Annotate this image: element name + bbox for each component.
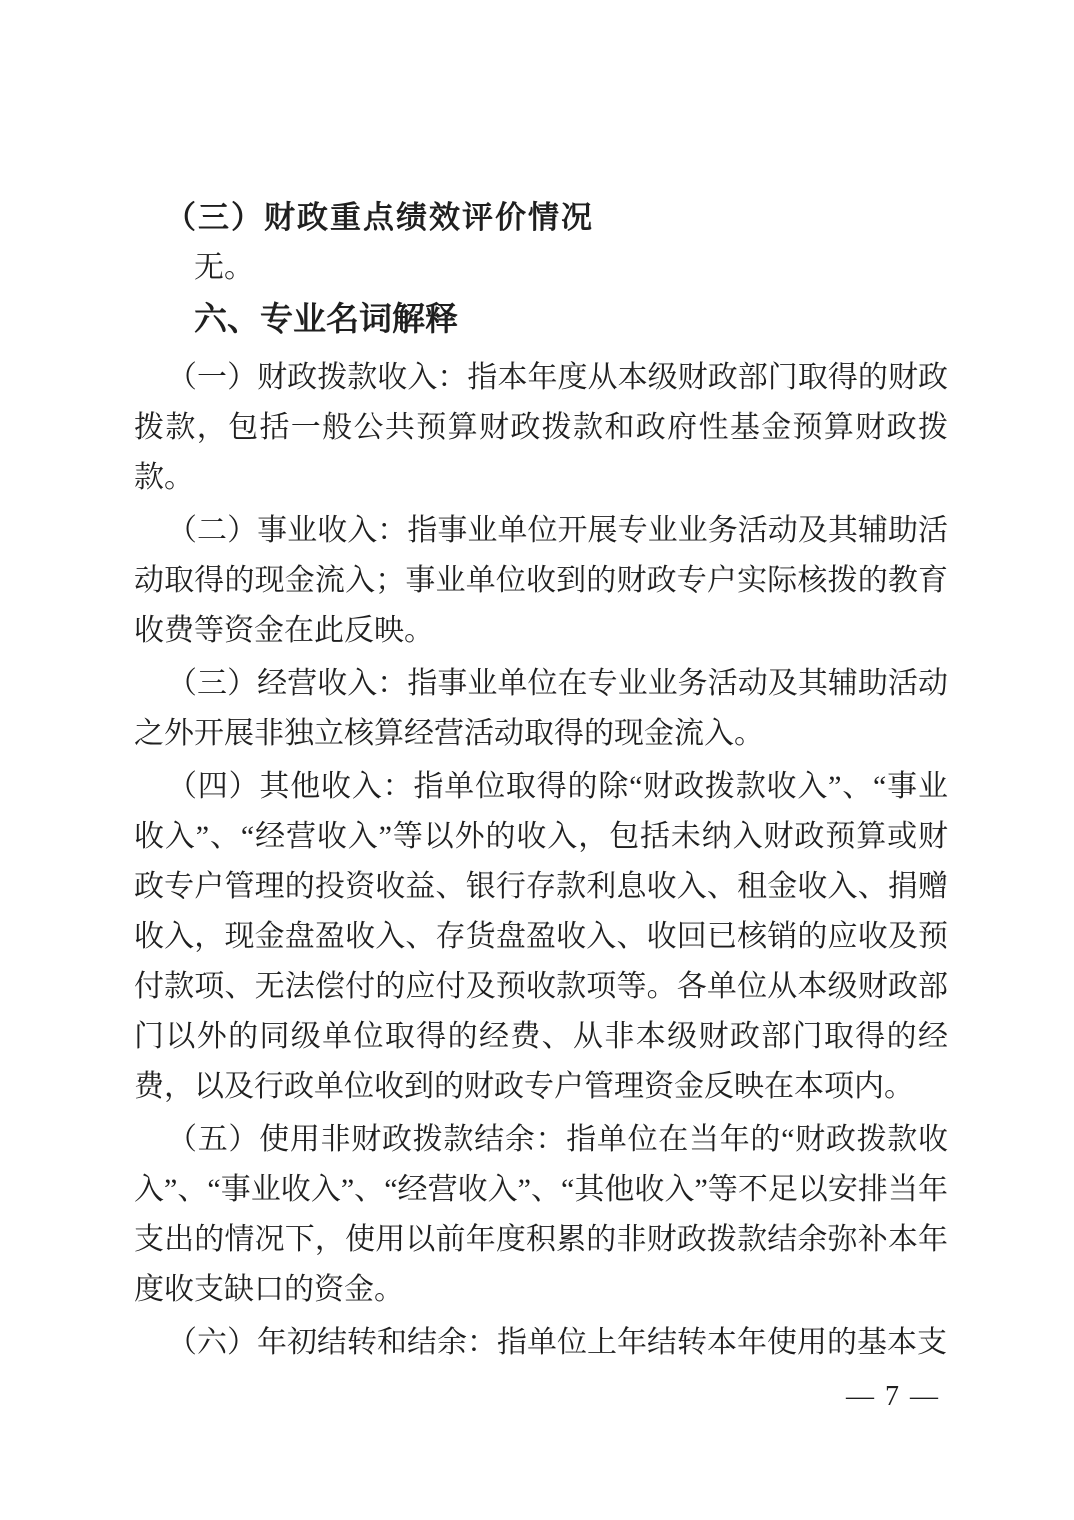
document-body: （三）财政重点绩效评价情况 无。 六、专业名词解释 （一）财政拨款收入：指本年度… <box>134 193 948 1368</box>
term-definition-4-other-income: （四）其他收入：指单位取得的除“财政拨款收入”、“事业收入”、“经营收入”等以外… <box>134 762 948 1112</box>
section-heading-performance-evaluation: （三）财政重点绩效评价情况 <box>134 193 948 243</box>
document-page: （三）财政重点绩效评价情况 无。 六、专业名词解释 （一）财政拨款收入：指本年度… <box>0 0 1074 1520</box>
paragraph-none: 无。 <box>134 243 948 293</box>
page-number: — 7 — <box>846 1381 940 1413</box>
term-definition-3-business-income: （三）经营收入：指事业单位在专业业务活动及其辅助活动之外开展非独立核算经营活动取… <box>134 659 948 759</box>
term-definition-5-non-fiscal-surplus: （五）使用非财政拨款结余：指单位在当年的“财政拨款收入”、“事业收入”、“经营收… <box>134 1115 948 1315</box>
term-definition-6-carryover-balance: （六）年初结转和结余：指单位上年结转本年使用的基本支 <box>134 1318 948 1368</box>
section-heading-terminology: 六、专业名词解释 <box>134 293 948 345</box>
term-definition-1-fiscal-appropriation-income: （一）财政拨款收入：指本年度从本级财政部门取得的财政拨款，包括一般公共预算财政拨… <box>134 353 948 503</box>
term-definition-2-operating-income: （二）事业收入：指事业单位开展专业业务活动及其辅助活动取得的现金流入；事业单位收… <box>134 506 948 656</box>
